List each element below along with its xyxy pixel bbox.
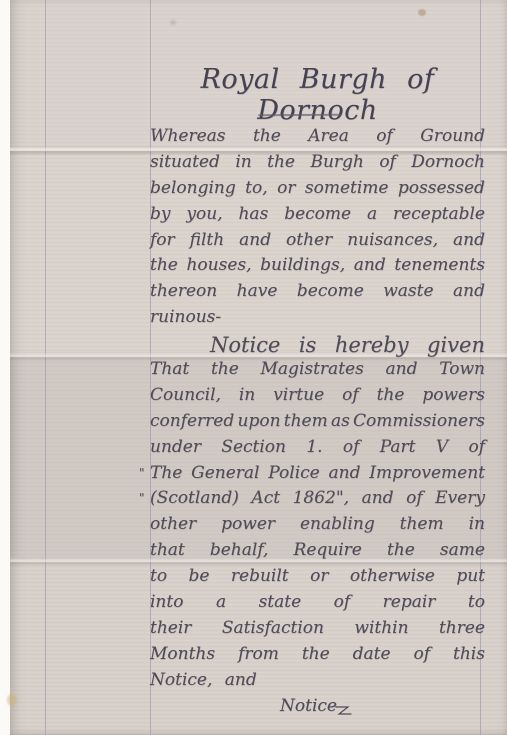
word: Magistrates bbox=[261, 359, 364, 379]
word: to bbox=[468, 592, 485, 612]
word: put bbox=[456, 566, 485, 586]
word: Area bbox=[308, 126, 349, 146]
word: powers bbox=[422, 385, 485, 405]
word: nuisances, bbox=[347, 230, 438, 250]
word: in bbox=[469, 514, 485, 534]
manuscript-page: Royal Burgh of Dornoch WhereastheAreaofG… bbox=[10, 0, 507, 735]
manuscript-line: Noticeisherebygiven bbox=[150, 333, 485, 359]
foxing-spot bbox=[7, 694, 17, 706]
word: or bbox=[277, 178, 295, 198]
manuscript-line: WhereastheAreaofGround bbox=[150, 126, 485, 152]
word: Satisfaction bbox=[222, 618, 324, 638]
manuscript-line: situatedintheBurghofDornoch bbox=[150, 152, 485, 178]
word: Improvement bbox=[369, 463, 485, 483]
word: Commissioners bbox=[353, 411, 485, 431]
word: of bbox=[468, 437, 485, 457]
word: the bbox=[377, 385, 405, 405]
word: and bbox=[453, 230, 485, 250]
word: conferred bbox=[150, 411, 234, 431]
word: and bbox=[329, 463, 361, 483]
word: enabling bbox=[300, 514, 375, 534]
word: Require bbox=[294, 540, 362, 560]
word: Dornoch bbox=[411, 152, 485, 172]
word: the bbox=[150, 255, 178, 275]
word: and bbox=[239, 230, 271, 250]
word: virtue bbox=[273, 385, 324, 405]
word: this bbox=[453, 644, 485, 664]
word: a bbox=[367, 204, 377, 224]
manuscript-line: ruinous- bbox=[150, 307, 485, 333]
word: houses, bbox=[186, 255, 251, 275]
word: power bbox=[221, 514, 275, 534]
word: and bbox=[453, 281, 485, 301]
manuscript-line: ThattheMagistratesandTown bbox=[150, 359, 485, 385]
word: The bbox=[150, 463, 182, 483]
margin-quote-mark: " bbox=[139, 491, 145, 505]
manuscript-line: belongingto,orsometimepossessed bbox=[150, 178, 485, 204]
word: given bbox=[427, 333, 485, 357]
word: same bbox=[440, 540, 485, 560]
word: by bbox=[150, 204, 171, 224]
word: filth bbox=[190, 230, 225, 250]
manuscript-line: TheGeneralPoliceandImprovement" bbox=[150, 463, 485, 489]
manuscript-line: thatbehalf,Requirethesame bbox=[150, 540, 485, 566]
foxing-spot bbox=[170, 20, 176, 25]
manuscript-line: forfilthandothernuisances,and bbox=[150, 230, 485, 256]
word: behalf, bbox=[210, 540, 269, 560]
word: as bbox=[331, 411, 350, 431]
word: rebuilt bbox=[231, 566, 289, 586]
manuscript-line: Monthsfromthedateofthis bbox=[150, 644, 485, 670]
manuscript-line: underSection1.ofPartVof bbox=[150, 437, 485, 463]
word: tenements bbox=[394, 255, 485, 275]
word: of bbox=[379, 152, 396, 172]
word: 1862", bbox=[293, 488, 350, 508]
manuscript-line: thereonhavebecomewasteand bbox=[150, 281, 485, 307]
word: of bbox=[334, 592, 351, 612]
word: them bbox=[284, 411, 328, 431]
word: belonging bbox=[150, 178, 236, 198]
word: the bbox=[211, 359, 239, 379]
word: Act bbox=[251, 488, 280, 508]
flourish-mark bbox=[335, 703, 357, 717]
manuscript-line: intoastateofrepairto bbox=[150, 592, 485, 618]
word: Every bbox=[435, 488, 485, 508]
word: to bbox=[150, 566, 167, 586]
word: or bbox=[310, 566, 328, 586]
word: situated bbox=[150, 152, 220, 172]
word: General bbox=[191, 463, 259, 483]
manuscript-line: theirSatisfactionwithinthree bbox=[150, 618, 485, 644]
word: Council, bbox=[150, 385, 221, 405]
catchword: Notice bbox=[280, 696, 337, 716]
word: become bbox=[284, 204, 351, 224]
word: Notice bbox=[210, 333, 280, 357]
word: is bbox=[299, 333, 317, 357]
word: you, bbox=[186, 204, 222, 224]
word: their bbox=[150, 618, 191, 638]
word: the bbox=[253, 126, 281, 146]
word: three bbox=[439, 618, 485, 638]
word: Whereas bbox=[150, 126, 226, 146]
word: receptable bbox=[393, 204, 485, 224]
word: thereon bbox=[150, 281, 217, 301]
word: a bbox=[216, 592, 226, 612]
word: Police bbox=[268, 463, 319, 483]
manuscript-line: byyou,hasbecomeareceptable bbox=[150, 204, 485, 230]
word: other bbox=[150, 514, 196, 534]
word: of bbox=[376, 126, 393, 146]
word: within bbox=[354, 618, 408, 638]
word: of bbox=[414, 644, 431, 664]
word: sometime bbox=[305, 178, 389, 198]
catchword-row: Notice bbox=[150, 696, 485, 722]
word: and bbox=[386, 359, 418, 379]
manuscript-line: (Scotland)Act1862",andofEvery" bbox=[150, 488, 485, 514]
word: Months bbox=[150, 644, 215, 664]
word: in bbox=[235, 152, 251, 172]
word: the bbox=[267, 152, 295, 172]
word: date bbox=[353, 644, 391, 664]
foxing-spot bbox=[418, 9, 426, 16]
word: has bbox=[238, 204, 268, 224]
word: Section bbox=[221, 437, 286, 457]
word: have bbox=[237, 281, 278, 301]
word: (Scotland) bbox=[150, 488, 239, 508]
word: become bbox=[297, 281, 364, 301]
word: Part bbox=[380, 437, 416, 457]
word: possessed bbox=[398, 178, 485, 198]
manuscript-lines: WhereastheAreaofGroundsituatedintheBurgh… bbox=[150, 126, 485, 722]
manuscript-line: Notice, and bbox=[150, 670, 485, 696]
word: from bbox=[238, 644, 279, 664]
word: of bbox=[343, 437, 360, 457]
word: be bbox=[189, 566, 210, 586]
word: and bbox=[354, 255, 386, 275]
word: under bbox=[150, 437, 201, 457]
word: them bbox=[400, 514, 444, 534]
word: upon bbox=[238, 411, 281, 431]
word: to, bbox=[245, 178, 267, 198]
manuscript-line: otherpowerenablingthemin bbox=[150, 514, 485, 540]
word: Ground bbox=[420, 126, 485, 146]
word: of bbox=[342, 385, 359, 405]
manuscript-line: conferreduponthemasCommissioners bbox=[150, 411, 485, 437]
word: into bbox=[150, 592, 183, 612]
document-title: Royal Burgh of Dornoch bbox=[150, 64, 485, 104]
word: and bbox=[362, 488, 394, 508]
margin-quote-mark: " bbox=[139, 466, 145, 480]
word: in bbox=[239, 385, 255, 405]
manuscript-line: Council,invirtueofthepowers bbox=[150, 385, 485, 411]
word: Town bbox=[439, 359, 485, 379]
word: state bbox=[259, 592, 302, 612]
word: repair bbox=[383, 592, 436, 612]
word: buildings, bbox=[260, 255, 345, 275]
word: otherwise bbox=[350, 566, 435, 586]
word: the bbox=[302, 644, 330, 664]
word: for bbox=[150, 230, 175, 250]
manuscript-line: toberebuiltorotherwiseput bbox=[150, 566, 485, 592]
word: V bbox=[436, 437, 448, 457]
word: of bbox=[406, 488, 423, 508]
word: Burgh bbox=[310, 152, 363, 172]
word: other bbox=[286, 230, 332, 250]
margin-rule-outer bbox=[45, 0, 46, 735]
word: that bbox=[150, 540, 185, 560]
word: waste bbox=[383, 281, 433, 301]
word: the bbox=[387, 540, 415, 560]
word: 1. bbox=[306, 437, 322, 457]
word: hereby bbox=[335, 333, 409, 357]
word: That bbox=[150, 359, 189, 379]
manuscript-line: thehouses,buildings,andtenements bbox=[150, 255, 485, 281]
